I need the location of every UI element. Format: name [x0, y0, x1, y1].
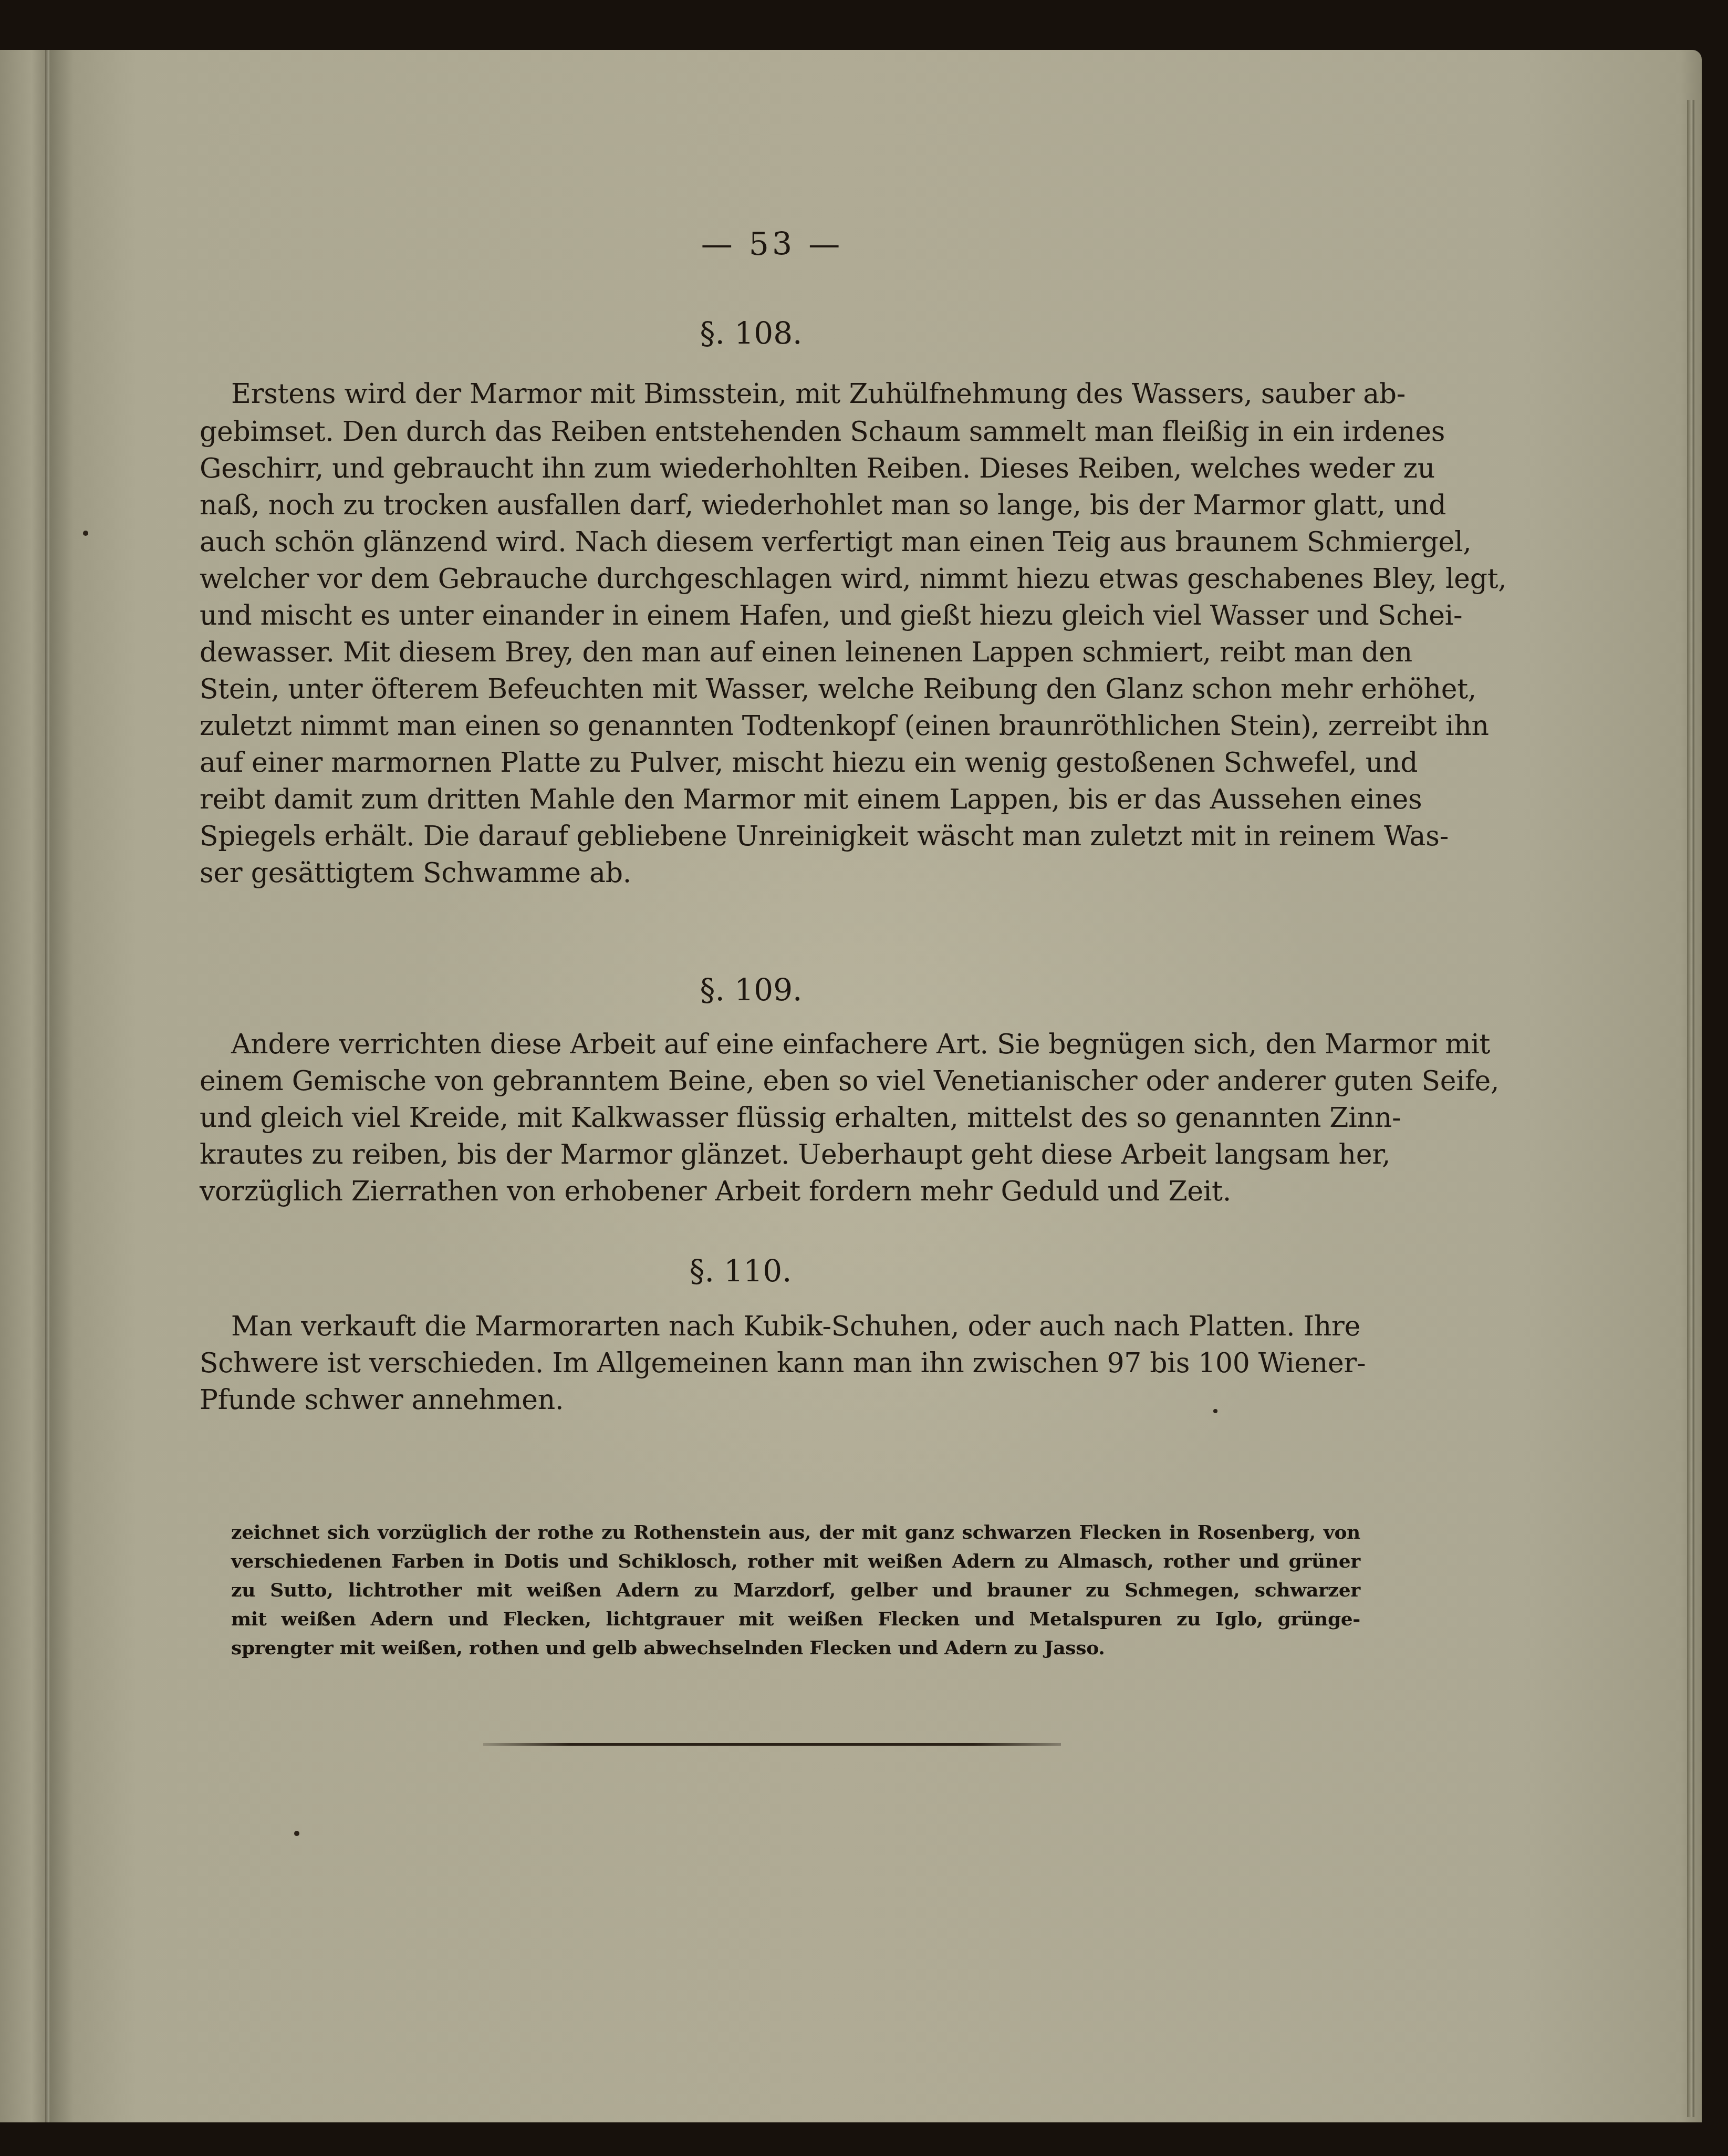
text-line: dewasser. Mit diesem Brey, den man auf e… [200, 637, 1360, 668]
text-line: welcher vor dem Gebrauche durchgeschlage… [200, 563, 1360, 595]
text-line: Pfunde schwer annehmen. [200, 1384, 1360, 1416]
text-line: vorzüglich Zierrathen von erhobener Arbe… [200, 1176, 1360, 1207]
section-heading-108: §. 108. [646, 315, 856, 351]
page-number: — 53 — [693, 226, 851, 263]
text-line: und gleich viel Kreide, mit Kalkwasser f… [200, 1102, 1360, 1134]
section-heading-109: §. 109. [646, 972, 856, 1008]
text-line: ser gesättigtem Schwamme ab. [200, 857, 1360, 889]
footnote-line: zeichnet sich vorzüglich der rothe zu Ro… [231, 1521, 1360, 1544]
text-line: gebimset. Den durch das Reiben entstehen… [200, 416, 1360, 448]
paper-speck [83, 531, 88, 536]
text-line: Stein, unter öfterem Befeuchten mit Wass… [200, 673, 1360, 705]
footnote-line: zu Sutto, lichtrother mit weißen Adern z… [231, 1579, 1360, 1602]
footnote-line: verschiedenen Farben in Dotis und Schikl… [231, 1550, 1360, 1573]
text-line: naß, noch zu trocken ausfallen darf, wie… [200, 490, 1360, 521]
text-line: Erstens wird der Marmor mit Bimsstein, m… [231, 378, 1360, 410]
text-line: reibt damit zum dritten Mahle den Marmor… [200, 784, 1360, 815]
footer-rule [483, 1743, 1061, 1746]
text-line: Andere verrichten diese Arbeit auf eine … [231, 1029, 1360, 1060]
section-heading-110: §. 110. [636, 1253, 846, 1289]
footnote-line: mit weißen Adern und Flecken, lichtgraue… [231, 1608, 1360, 1631]
text-line: einem Gemische von gebranntem Beine, ebe… [200, 1065, 1360, 1097]
text-line: Schwere ist verschieden. Im Allgemeinen … [200, 1348, 1360, 1379]
text-line: Spiegels erhält. Die darauf gebliebene U… [200, 821, 1360, 852]
text-line: auch schön glänzend wird. Nach diesem ve… [200, 526, 1360, 558]
page-edge [1687, 100, 1694, 2117]
paper-speck [1213, 1409, 1217, 1413]
text-line: zuletzt nimmt man einen so genannten Tod… [200, 710, 1360, 742]
page-gutter-fold [45, 50, 49, 2122]
text-line: auf einer marmornen Platte zu Pulver, mi… [200, 747, 1360, 779]
text-line: und mischt es unter einander in einem Ha… [200, 600, 1360, 631]
text-line: Geschirr, und gebraucht ihn zum wiederho… [200, 453, 1360, 484]
text-line: krautes zu reiben, bis der Marmor glänze… [200, 1139, 1360, 1170]
footnote-line: sprengter mit weißen, rothen und gelb ab… [231, 1636, 1360, 1660]
text-line: Man verkauft die Marmorarten nach Kubik-… [231, 1311, 1360, 1342]
paper-speck [294, 1831, 299, 1836]
